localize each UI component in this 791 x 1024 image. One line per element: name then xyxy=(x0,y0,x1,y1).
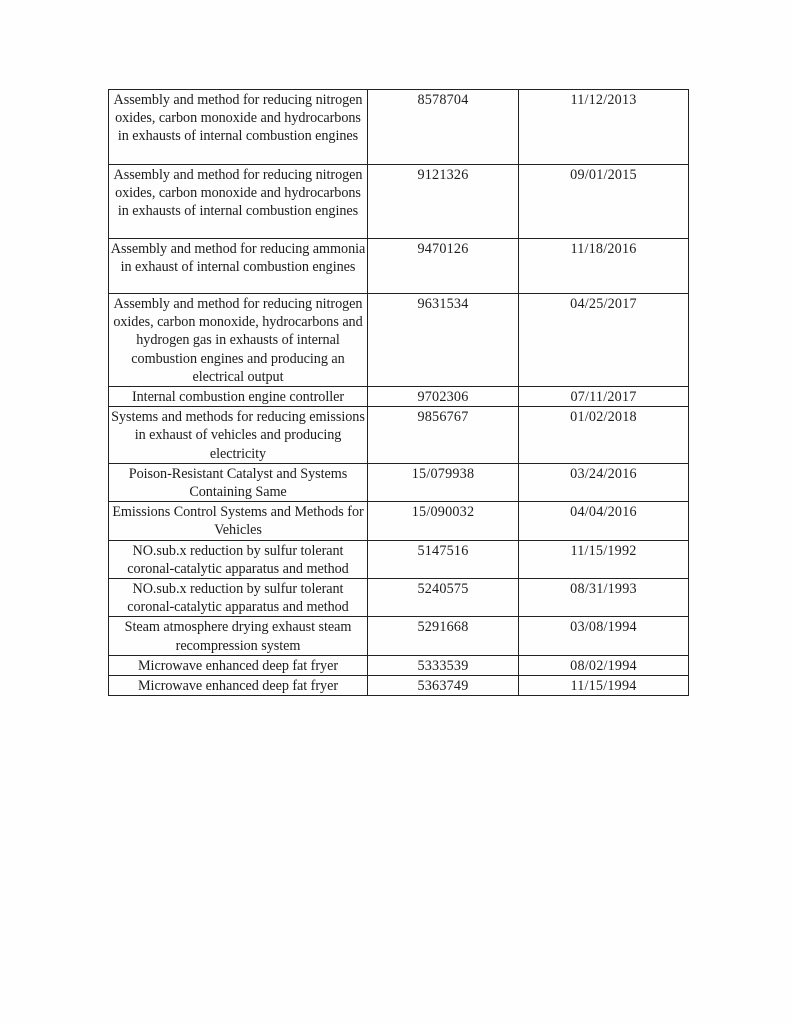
patent-date: 08/02/1994 xyxy=(519,655,689,675)
patent-title: Microwave enhanced deep fat fryer xyxy=(109,676,368,696)
patent-number: 9702306 xyxy=(368,387,519,407)
patent-date: 03/08/1994 xyxy=(519,617,689,655)
patent-title: Poison-Resistant Catalyst and Systems Co… xyxy=(109,463,368,501)
patent-number: 15/090032 xyxy=(368,502,519,540)
patent-date: 04/04/2016 xyxy=(519,502,689,540)
patent-title: NO.sub.x reduction by sulfur tolerant co… xyxy=(109,540,368,578)
patent-number: 5363749 xyxy=(368,676,519,696)
patent-title: Emissions Control Systems and Methods fo… xyxy=(109,502,368,540)
table-row: Steam atmosphere drying exhaust steam re… xyxy=(109,617,689,655)
patent-date: 08/31/1993 xyxy=(519,579,689,617)
patent-title: Systems and methods for reducing emissio… xyxy=(109,407,368,464)
patent-number: 9631534 xyxy=(368,294,519,387)
table-row: Assembly and method for reducing ammonia… xyxy=(109,239,689,294)
table-row: NO.sub.x reduction by sulfur tolerant co… xyxy=(109,579,689,617)
patent-table-body: Assembly and method for reducing nitroge… xyxy=(109,90,689,696)
patent-date: 11/15/1994 xyxy=(519,676,689,696)
table-row: Microwave enhanced deep fat fryer 536374… xyxy=(109,676,689,696)
table-row: Assembly and method for reducing nitroge… xyxy=(109,165,689,239)
patent-date: 11/18/2016 xyxy=(519,239,689,294)
patent-title: Steam atmosphere drying exhaust steam re… xyxy=(109,617,368,655)
patent-title: Assembly and method for reducing nitroge… xyxy=(109,90,368,165)
table-row: Assembly and method for reducing nitroge… xyxy=(109,90,689,165)
patent-date: 03/24/2016 xyxy=(519,463,689,501)
patent-number: 8578704 xyxy=(368,90,519,165)
table-row: Microwave enhanced deep fat fryer 533353… xyxy=(109,655,689,675)
patent-title: Assembly and method for reducing nitroge… xyxy=(109,165,368,239)
table-row: Assembly and method for reducing nitroge… xyxy=(109,294,689,387)
patent-number: 15/079938 xyxy=(368,463,519,501)
patent-date: 11/15/1992 xyxy=(519,540,689,578)
document-page: Assembly and method for reducing nitroge… xyxy=(0,0,791,1024)
patent-table: Assembly and method for reducing nitroge… xyxy=(108,89,689,696)
table-row: NO.sub.x reduction by sulfur tolerant co… xyxy=(109,540,689,578)
patent-date: 09/01/2015 xyxy=(519,165,689,239)
patent-title: Assembly and method for reducing ammonia… xyxy=(109,239,368,294)
table-row: Emissions Control Systems and Methods fo… xyxy=(109,502,689,540)
patent-date: 11/12/2013 xyxy=(519,90,689,165)
patent-title: Internal combustion engine controller xyxy=(109,387,368,407)
patent-number: 5333539 xyxy=(368,655,519,675)
patent-date: 07/11/2017 xyxy=(519,387,689,407)
patent-title: NO.sub.x reduction by sulfur tolerant co… xyxy=(109,579,368,617)
patent-date: 01/02/2018 xyxy=(519,407,689,464)
patent-title: Microwave enhanced deep fat fryer xyxy=(109,655,368,675)
patent-date: 04/25/2017 xyxy=(519,294,689,387)
patent-title: Assembly and method for reducing nitroge… xyxy=(109,294,368,387)
patent-number: 5240575 xyxy=(368,579,519,617)
table-row: Systems and methods for reducing emissio… xyxy=(109,407,689,464)
patent-number: 5291668 xyxy=(368,617,519,655)
table-row: Poison-Resistant Catalyst and Systems Co… xyxy=(109,463,689,501)
patent-number: 9856767 xyxy=(368,407,519,464)
patent-number: 5147516 xyxy=(368,540,519,578)
table-row: Internal combustion engine controller 97… xyxy=(109,387,689,407)
patent-number: 9121326 xyxy=(368,165,519,239)
patent-number: 9470126 xyxy=(368,239,519,294)
